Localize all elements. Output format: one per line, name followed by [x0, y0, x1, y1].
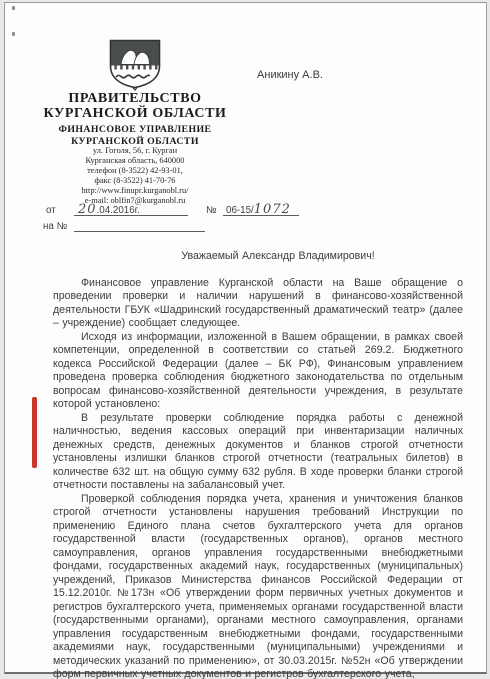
printed-date: .04.2016г. [97, 205, 140, 216]
ref-line-reply: на № [5, 218, 488, 234]
address-line: телефон (8-3522) 42-93-01, [5, 166, 265, 176]
reply-number-field [74, 218, 205, 232]
ref-date-field: 20.04.2016г. [74, 202, 188, 216]
ref-number-field: 06-15/1072 [223, 202, 299, 216]
address-line: факс (8-3522) 41-70-76 [5, 176, 265, 186]
letterhead: ПРАВИТЕЛЬСТВО КУРГАНСКОЙ ОБЛАСТИ ФИНАНСО… [5, 91, 265, 147]
salutation: Уважаемый Александр Владимирович! [73, 250, 483, 264]
body-paragraph: Финансовое управление Курганской области… [53, 277, 463, 331]
body-paragraph: Исходя из информации, изложенной в Вашем… [53, 331, 463, 412]
reviewer-mark [32, 397, 37, 468]
kurgan-coat-of-arms-icon [109, 39, 161, 91]
dept-name-line-1: ФИНАНСОВОЕ УПРАВЛЕНИЕ [5, 124, 265, 136]
handwritten-date: 20 [78, 202, 97, 217]
scan-background: { "letterhead": { "org_line1": "ПРАВИТЕЛ… [0, 0, 490, 679]
address-line: Курганская область, 640000 [5, 156, 265, 166]
scan-speck [12, 6, 15, 10]
address-line: ул. Гоголя, 56, г. Курган [5, 146, 265, 156]
org-name-line-1: ПРАВИТЕЛЬСТВО [5, 91, 265, 106]
handwritten-number: 1072 [254, 202, 291, 217]
body-paragraph: В результате проверки соблюдение порядка… [53, 412, 463, 493]
org-name-line-2: КУРГАНСКОЙ ОБЛАСТИ [5, 106, 265, 121]
scan-speck [12, 32, 15, 36]
addressee: Аникину А.В. [235, 69, 345, 81]
letterhead-contacts: ул. Гоголя, 56, г. Курган Курганская обл… [5, 146, 265, 206]
website-line: http://www.finupr.kurganobl.ru/ [5, 186, 265, 196]
ref-line-date-number: от 20.04.2016г. № 06-15/1072 [5, 202, 488, 218]
letter-body: Уважаемый Александр Владимирович! Финанс… [53, 250, 463, 679]
printed-number: 06-15/ [226, 205, 254, 216]
document-page: ПРАВИТЕЛЬСТВО КУРГАНСКОЙ ОБЛАСТИ ФИНАНСО… [4, 2, 487, 674]
ref-number-label: № [206, 205, 217, 216]
ref-from-label: от [46, 205, 56, 216]
body-paragraph: Проверкой соблюдения порядка учета, хран… [53, 493, 463, 679]
reply-number-label: на № [43, 221, 67, 232]
